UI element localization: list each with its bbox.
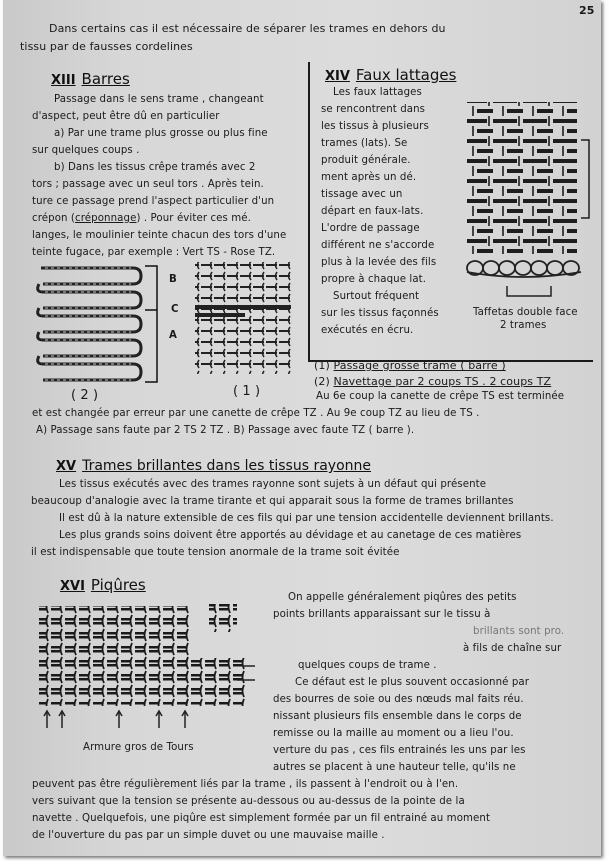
- xiii-line: b) Dans les tissus crêpe tramés avec 2: [54, 162, 256, 173]
- label-c: C: [171, 304, 179, 315]
- xiv-line: Surtout fréquent: [333, 291, 419, 302]
- xvi-line: nissant plusieurs fils ensemble dans le …: [273, 711, 522, 722]
- label-a: A: [169, 330, 177, 341]
- xvi-line: Ce défaut est le plus souvent occasionné…: [295, 677, 529, 688]
- xvi-line: autres se placent à une hauteur telle, q…: [273, 762, 516, 773]
- section-xiii-heading: XIIIBarres: [51, 70, 130, 88]
- underlined-term: créponnage: [75, 213, 136, 224]
- xv-line: il est indispensable que toute tension a…: [31, 547, 400, 558]
- xiv-line: différent ne s'accorde: [321, 240, 434, 251]
- figure-2-caption: ( 2 ): [71, 388, 98, 403]
- xiv-line: départ en faux-lats.: [321, 206, 423, 217]
- xiii-line: teinte fugace, par exemple : Vert TS - R…: [32, 247, 275, 258]
- figure-1-weave: [193, 260, 293, 380]
- figure-2-weft-loops: [33, 262, 163, 387]
- xvi-line: On appelle généralement piqûres des peti…: [288, 592, 517, 603]
- xiii-line: d'aspect, peut être dû en particulier: [32, 111, 220, 122]
- figure-gros-de-tours-weave: [37, 600, 262, 730]
- xiv-line: ment après un dé.: [321, 172, 416, 183]
- xiv-line: se rencontrent dans: [321, 104, 425, 115]
- legend-number: (1): [314, 359, 330, 372]
- legend-line: et est changée par erreur par une canett…: [32, 408, 479, 419]
- xvi-line: vers suivant que la tension se présente …: [32, 796, 465, 807]
- intro-line-2: tissu par de fausses cordelines: [20, 40, 193, 53]
- xiv-line: produit générale.: [321, 155, 411, 166]
- figure-taffetas-double-face: [463, 96, 593, 306]
- intro-line-1: Dans certains cas il est nécessaire de s…: [49, 22, 446, 35]
- legend-text: Navettage par 2 coups TS . 2 coups TZ: [334, 375, 552, 388]
- figure-caption: Armure gros de Tours: [83, 742, 194, 753]
- xiv-line: L'ordre de passage: [321, 223, 420, 234]
- xiv-line: plus à la levée des fils: [321, 257, 436, 268]
- xvi-line: quelques coups de trame .: [298, 660, 437, 671]
- xv-line: beaucoup d'analogie avec la trame tirant…: [31, 496, 514, 507]
- xiii-line: langes, le moulinier teinte chacun des t…: [32, 230, 286, 241]
- xiv-line: exécutés en écru.: [321, 325, 413, 336]
- legend-item-1: (1) Passage grosse trame ( barre ): [314, 359, 506, 372]
- xvi-line: remisse ou la maille au moment ou a lieu…: [273, 728, 514, 739]
- section-number: XV: [56, 459, 76, 474]
- section-number: XVI: [60, 579, 85, 594]
- section-title: Piqûres: [91, 576, 146, 594]
- xiii-line: ture ce passage prend l'aspect particuli…: [32, 196, 274, 207]
- xiii-line: a) Par une trame plus grosse ou plus fin…: [54, 128, 268, 139]
- section-xv-heading: XVTrames brillantes dans les tissus rayo…: [56, 458, 371, 474]
- xiii-line: sur quelques coups .: [32, 145, 140, 156]
- xiii-line: crépon (créponnage) . Pour éviter ces mé…: [32, 213, 251, 224]
- xvi-line: de l'ouverture du pas par un simple duve…: [32, 830, 385, 841]
- column-divider: [308, 62, 310, 362]
- xiii-line: Passage dans le sens trame , changeant: [54, 94, 264, 105]
- legend-line: A) Passage sans faute par 2 TS 2 TZ . B)…: [36, 425, 414, 436]
- xvi-line: points brillants apparaissant sur le tis…: [273, 609, 490, 620]
- xvi-line-faded: brillants sont pro.: [473, 626, 564, 637]
- xiv-line: les tissus à plusieurs: [321, 121, 429, 132]
- legend-text: Passage grosse trame ( barre ): [334, 359, 506, 372]
- legend-number: (2): [314, 375, 330, 388]
- section-title: Barres: [82, 70, 130, 88]
- xvi-line: à fils de chaîne sur: [463, 643, 561, 654]
- figure-caption: Taffetas double face: [473, 307, 578, 318]
- page-number: 25: [579, 4, 595, 17]
- xvi-line: peuvent pas être régulièrement liés par …: [32, 779, 458, 790]
- text: ) . Pour éviter ces mé.: [136, 213, 251, 224]
- figure-caption: 2 trames: [500, 320, 546, 331]
- xvi-line: verture du pas , ces fils entrainés les …: [273, 745, 526, 756]
- xv-line: Les tissus exécutés avec des trames rayo…: [59, 479, 486, 490]
- section-xvi-heading: XVIPiqûres: [60, 576, 146, 594]
- xiv-line: tissage avec un: [321, 189, 402, 200]
- text: crépon (: [32, 213, 75, 224]
- figure-1-caption: ( 1 ): [233, 384, 260, 399]
- xiii-line: tors ; passage avec un seul tors . Après…: [32, 179, 264, 190]
- section-title: Faux lattages: [356, 66, 456, 84]
- xiv-line: trames (lats). Se: [321, 138, 407, 149]
- section-number: XIII: [51, 73, 76, 88]
- section-number: XIV: [325, 69, 350, 84]
- xvi-line: navette . Quelquefois, une piqûre est si…: [32, 813, 490, 824]
- xiv-line: propre à chaque lat.: [321, 274, 426, 285]
- legend-item-2: (2) Navettage par 2 coups TS . 2 coups T…: [314, 375, 551, 388]
- xiv-line: sur les tissus façonnés: [321, 308, 439, 319]
- xiv-line: Les faux lattages: [333, 87, 422, 98]
- section-xiv-heading: XIVFaux lattages: [325, 66, 456, 84]
- scanned-page: 25 Dans certains cas il est nécessaire d…: [3, 0, 601, 856]
- xv-line: Les plus grands soins doivent être appor…: [59, 530, 521, 541]
- section-title: Trames brillantes dans les tissus rayonn…: [82, 458, 371, 474]
- xvi-line: des bourres de soie ou des nœuds mal fai…: [273, 694, 524, 705]
- legend-line: Au 6e coup la canette de crêpe TS est te…: [316, 391, 564, 402]
- label-b: B: [169, 274, 177, 285]
- xv-line: Il est dû à la nature extensible de ces …: [59, 513, 554, 524]
